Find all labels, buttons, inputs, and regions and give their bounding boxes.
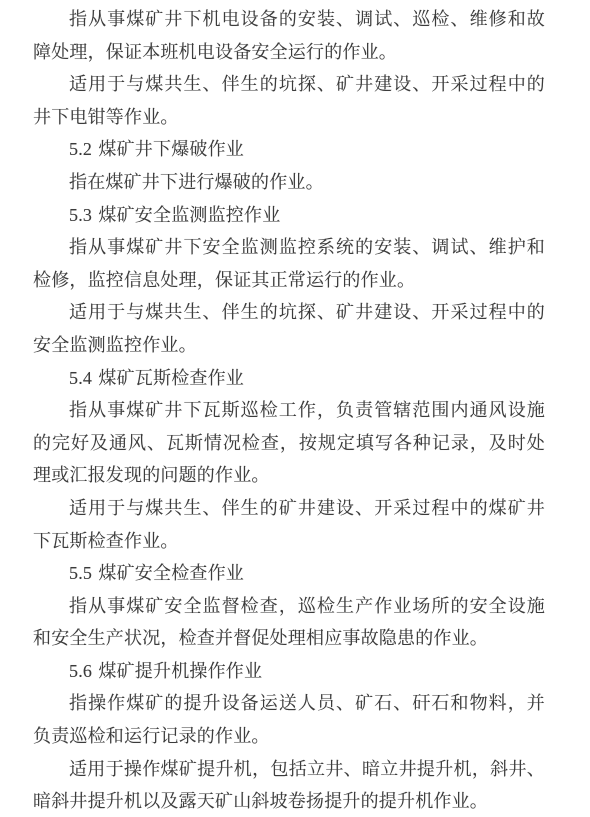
text-line: 指从事煤矿井下瓦斯巡检工作，负责管辖范围内通风设施 <box>33 394 545 427</box>
text-line: 障处理，保证本班机电设备安全运行的作业。 <box>33 36 545 69</box>
section-heading: 5.3煤矿安全监测监控作业 <box>33 199 545 232</box>
text-line: 负责巡检和运行记录的作业。 <box>33 720 545 753</box>
section-title: 煤矿瓦斯检查作业 <box>98 368 244 388</box>
section-number: 5.2 <box>69 139 98 159</box>
document-body: 指从事煤矿井下机电设备的安装、调试、巡检、维修和故障处理，保证本班机电设备安全运… <box>33 3 545 817</box>
text-line: 检修，监控信息处理，保证其正常运行的作业。 <box>33 264 545 297</box>
text-line: 指在煤矿井下进行爆破的作业。 <box>33 166 545 199</box>
text-line: 指从事煤矿安全监督检查，巡检生产作业场所的安全设施 <box>33 590 545 623</box>
text-line: 指操作煤矿的提升设备运送人员、矿石、矸石和物料，并 <box>33 687 545 720</box>
document-page: 指从事煤矿井下机电设备的安装、调试、巡检、维修和故障处理，保证本班机电设备安全运… <box>0 0 590 817</box>
section-heading: 5.6煤矿提升机操作作业 <box>33 655 545 688</box>
text-line: 井下电钳等作业。 <box>33 101 545 134</box>
text-line: 适用于与煤共生、伴生的坑探、矿井建设、开采过程中的 <box>33 296 545 329</box>
text-line: 适用于操作煤矿提升机，包括立井、暗立井提升机，斜井、 <box>33 753 545 786</box>
text-line: 指从事煤矿井下机电设备的安装、调试、巡检、维修和故 <box>33 3 545 36</box>
text-line: 适用于与煤共生、伴生的坑探、矿井建设、开采过程中的 <box>33 68 545 101</box>
section-number: 5.5 <box>69 563 98 583</box>
section-number: 5.6 <box>69 661 98 681</box>
text-line: 理或汇报发现的问题的作业。 <box>33 459 545 492</box>
section-title: 煤矿井下爆破作业 <box>98 139 244 159</box>
text-line: 和安全生产状况，检查并督促处理相应事故隐患的作业。 <box>33 622 545 655</box>
text-line: 下瓦斯检查作业。 <box>33 525 545 558</box>
section-heading: 5.5煤矿安全检查作业 <box>33 557 545 590</box>
text-line: 适用于与煤共生、伴生的矿井建设、开采过程中的煤矿井 <box>33 492 545 525</box>
section-title: 煤矿安全检查作业 <box>98 563 244 583</box>
section-title: 煤矿提升机操作作业 <box>98 661 262 681</box>
section-title: 煤矿安全监测监控作业 <box>98 205 280 225</box>
text-line: 的完好及通风、瓦斯情况检查，按规定填写各种记录，及时处 <box>33 427 545 460</box>
text-line: 指从事煤矿井下安全监测监控系统的安装、调试、维护和 <box>33 231 545 264</box>
text-line: 安全监测监控作业。 <box>33 329 545 362</box>
section-number: 5.4 <box>69 368 98 388</box>
text-line: 暗斜井提升机以及露天矿山斜坡卷扬提升的提升机作业。 <box>33 785 545 817</box>
section-number: 5.3 <box>69 205 98 225</box>
section-heading: 5.2煤矿井下爆破作业 <box>33 133 545 166</box>
section-heading: 5.4煤矿瓦斯检查作业 <box>33 362 545 395</box>
